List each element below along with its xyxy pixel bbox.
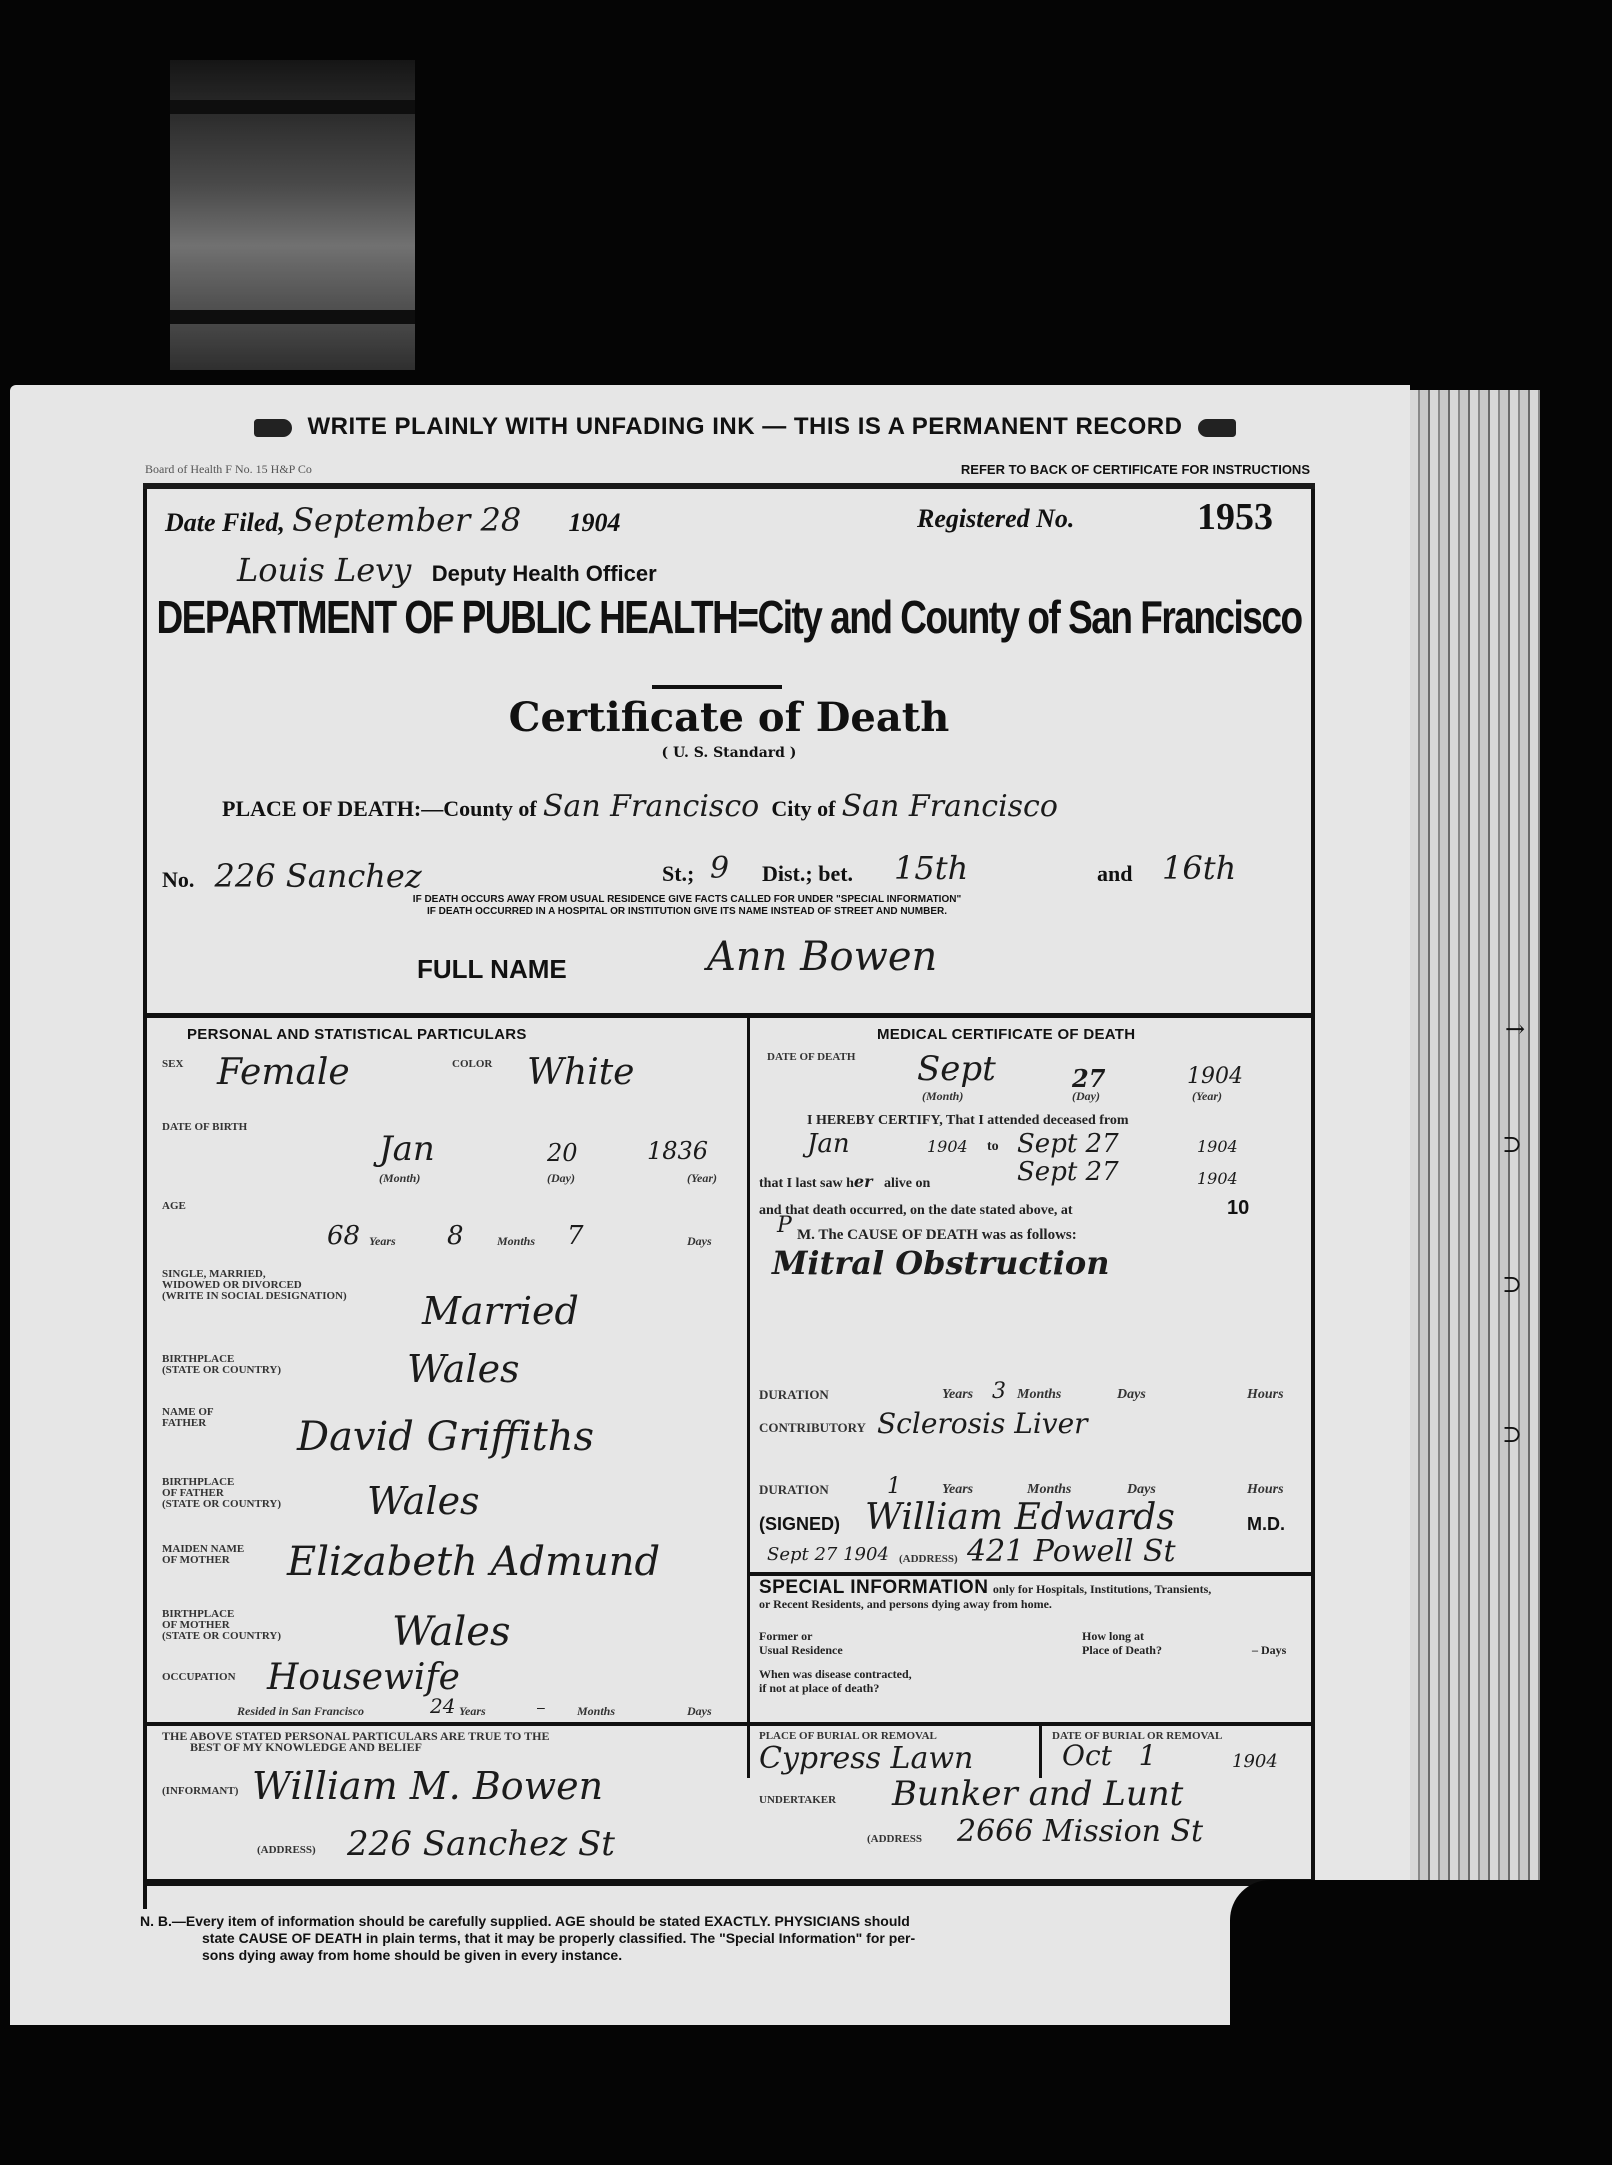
- and-label: and: [1097, 861, 1132, 887]
- scan-background: [0, 2025, 1612, 2165]
- dod-month: Sept: [917, 1049, 996, 1089]
- full-name-value: Ann Bowen: [707, 934, 937, 980]
- duration-months-caption: Months: [1017, 1387, 1061, 1403]
- marital-label: SINGLE, MARRIED, WIDOWED OR DIVORCED (Wr…: [162, 1269, 347, 1302]
- undertaker-name: Bunker and Lunt: [892, 1774, 1183, 1814]
- md-label: M.D.: [1247, 1514, 1285, 1535]
- ward-value: 9: [710, 851, 729, 886]
- year-caption: (Year): [687, 1171, 717, 1186]
- film-frame-photo: [170, 60, 415, 370]
- age-months: 8: [447, 1221, 464, 1251]
- informant-statement-line: BEST OF MY KNOWLEDGE AND BELIEF: [162, 1742, 549, 1753]
- to-label: to: [987, 1139, 999, 1155]
- dod-year-caption: (Year): [1192, 1089, 1222, 1104]
- special-heading-note-2: or Recent Residents, and persons dying a…: [759, 1597, 1319, 1612]
- birthplace-label: BIRTHPLACE (State or Country): [162, 1354, 281, 1376]
- signed-date: Sept 27 1904: [767, 1544, 889, 1565]
- section-rule: [147, 1013, 1311, 1018]
- footnote-line: N. B.—Every item of information should b…: [140, 1913, 1240, 1930]
- footnote-line: state CAUSE OF DEATH in plain terms, tha…: [140, 1930, 1240, 1947]
- personal-heading: PERSONAL AND STATISTICAL PARTICULARS: [187, 1026, 527, 1043]
- film-bar: [170, 310, 415, 324]
- former-residence-label-line: Former or: [759, 1629, 843, 1643]
- undertaker-address-label: (Address: [867, 1834, 922, 1845]
- duration-days-caption: Days: [1117, 1387, 1146, 1403]
- father-value: David Griffiths: [297, 1414, 594, 1460]
- marital-label-line: (Write in social designation): [162, 1291, 347, 1302]
- signed-label: (SIGNED): [759, 1514, 840, 1535]
- informant-address: 226 Sanchez St: [347, 1824, 615, 1864]
- age-label: AGE: [162, 1201, 186, 1212]
- dist-label: Dist.; bet.: [762, 861, 853, 887]
- last-saw-year: 1904: [1197, 1169, 1238, 1188]
- residence-note-line2: IF DEATH OCCURRED IN A HOSPITAL OR INSTI…: [247, 906, 1127, 918]
- how-long-label: How long at Place of Death?: [1082, 1629, 1162, 1657]
- birthplace-value: Wales: [407, 1347, 520, 1391]
- physician-address-label: (Address): [899, 1554, 958, 1565]
- special-heading: SPECIAL INFORMATION: [759, 1577, 988, 1598]
- former-residence-label-line: Usual Residence: [759, 1643, 843, 1657]
- film-bar: [170, 100, 415, 114]
- occupation-value: Housewife: [267, 1657, 460, 1698]
- date-filed-value: September 28: [292, 501, 521, 539]
- marital-value: Married: [422, 1289, 579, 1333]
- last-saw-pronoun: er: [854, 1172, 873, 1191]
- residence-note-line1: IF DEATH OCCURS AWAY FROM USUAL RESIDENC…: [247, 894, 1127, 906]
- between-street-2: 16th: [1162, 849, 1236, 887]
- informant-name: William M. Bowen: [252, 1764, 603, 1808]
- resided-days-caption: Days: [687, 1704, 712, 1719]
- form-subheader: Board of Health F No. 15 H&P Co REFER TO…: [145, 462, 1310, 477]
- resided-years: 24: [430, 1694, 455, 1718]
- certify-text: I HEREBY CERTIFY, That I attended deceas…: [807, 1113, 1129, 1129]
- sex-label: SEX: [162, 1059, 183, 1070]
- st-label: St.;: [662, 861, 694, 887]
- dob-year: 1836: [647, 1137, 708, 1165]
- former-residence-label: Former or Usual Residence: [759, 1629, 843, 1657]
- special-rule: [750, 1572, 1311, 1576]
- undertaker-address: 2666 Mission St: [957, 1814, 1203, 1849]
- footnote-line: sons dying away from home should be give…: [140, 1947, 1240, 1964]
- medical-heading: MEDICAL CERTIFICATE OF DEATH: [877, 1026, 1135, 1043]
- city-label: City of: [771, 796, 835, 821]
- dod-day-caption: (Day): [1072, 1089, 1100, 1104]
- burial-place: Cypress Lawn: [759, 1741, 973, 1776]
- edge-mark: →: [1505, 1015, 1525, 1043]
- certificate-frame: Date Filed, September 28 1904 Registered…: [143, 489, 1315, 1909]
- registered-number: 1953: [1197, 495, 1273, 539]
- county-value: San Francisco: [543, 789, 759, 824]
- years-caption: Years: [369, 1234, 396, 1249]
- father-label-line: FATHER: [162, 1418, 214, 1429]
- date-filed-row: Date Filed, September 28 1904: [165, 501, 620, 539]
- adjacent-pages-edge: → ⊃ ⊃ ⊃: [1410, 390, 1540, 1990]
- how-long-label-line: How long at: [1082, 1629, 1162, 1643]
- physician-signature: William Edwards: [865, 1497, 1175, 1538]
- edge-mark: ⊃: [1502, 1130, 1522, 1158]
- form-id: Board of Health F No. 15 H&P Co: [145, 462, 312, 477]
- attended-from-month: Jan: [807, 1129, 850, 1159]
- mother-label: MAIDEN NAME OF MOTHER: [162, 1544, 244, 1566]
- special-heading-block: SPECIAL INFORMATION only for Hospitals, …: [759, 1577, 1319, 1612]
- informant-rule: [147, 1722, 747, 1726]
- attended-from-year: 1904: [927, 1137, 968, 1156]
- residence-note: IF DEATH OCCURS AWAY FROM USUAL RESIDENC…: [247, 894, 1127, 918]
- registered-label: Registered No.: [917, 504, 1074, 533]
- last-saw-row: that I last saw her alive on: [759, 1172, 930, 1192]
- duration-2-hours-caption: Hours: [1247, 1482, 1284, 1498]
- dob-month: Jan: [379, 1129, 435, 1169]
- bottom-rule: [143, 1879, 1315, 1886]
- edge-mark: ⊃: [1502, 1270, 1522, 1298]
- banner-text: WRITE PLAINLY WITH UNFADING INK — THIS I…: [308, 413, 1183, 440]
- cause-text: M. The CAUSE OF DEATH was as follows:: [797, 1227, 1077, 1244]
- full-name-label: FULL NAME: [417, 954, 567, 985]
- date-filed-year: 1904: [568, 508, 620, 537]
- pointing-hand-icon: [254, 419, 292, 437]
- officer-row: Louis Levy Deputy Health Officer: [237, 551, 657, 589]
- undertaker-label: UNDERTAKER: [759, 1795, 836, 1806]
- street-address: 226 Sanchez: [215, 857, 422, 895]
- contracted-label-line: if not at place of death?: [759, 1681, 912, 1695]
- alive-on-label: alive on: [884, 1176, 930, 1191]
- duration-years-caption: Years: [942, 1387, 973, 1403]
- officer-signature: Louis Levy: [237, 551, 411, 589]
- burial-date: Oct 1: [1062, 1739, 1156, 1772]
- informant-statement: THE ABOVE STATED PERSONAL PARTICULARS AR…: [162, 1731, 549, 1753]
- death-occurred-text: and that death occurred, on the date sta…: [759, 1203, 1073, 1219]
- mother-bp-label-line: (State or Country): [162, 1631, 281, 1642]
- month-caption: (Month): [379, 1171, 420, 1186]
- no-label: No.: [162, 867, 194, 892]
- resided-years-caption: Years: [459, 1704, 486, 1719]
- duration-2-days-caption: Days: [1127, 1482, 1156, 1498]
- between-street-1: 15th: [894, 849, 968, 887]
- dod-year: 1904: [1187, 1064, 1243, 1089]
- death-meridiem: P: [777, 1213, 792, 1238]
- duration-label: DURATION: [759, 1389, 829, 1400]
- physician-address: 421 Powell St: [967, 1534, 1176, 1569]
- mother-birthplace-value: Wales: [392, 1609, 510, 1655]
- color-label: COLOR: [452, 1059, 492, 1070]
- last-saw-label: that I last saw h: [759, 1176, 854, 1191]
- refer-note: REFER TO BACK OF CERTIFICATE FOR INSTRUC…: [961, 462, 1310, 477]
- sex-value: Female: [217, 1052, 350, 1093]
- certificate-title: Certificate of Death: [147, 694, 1311, 741]
- department-title: DEPARTMENT OF PUBLIC HEALTH=City and Cou…: [147, 592, 1311, 645]
- duration-2-years-caption: Years: [942, 1482, 973, 1498]
- contributory-label: CONTRIBUTORY: [759, 1422, 866, 1433]
- informant-address-label: (Address): [257, 1845, 316, 1856]
- burial-year: 1904: [1232, 1751, 1278, 1772]
- duration-2-label: DURATION: [759, 1484, 829, 1495]
- father-birthplace-label: BIRTHPLACE OF FATHER (State or Country): [162, 1477, 281, 1510]
- dob-day: 20: [547, 1139, 578, 1167]
- certificate-subtitle: ( U. S. Standard ): [147, 745, 1311, 761]
- mother-label-line: OF MOTHER: [162, 1555, 244, 1566]
- death-hour: 10: [1227, 1197, 1249, 1220]
- age-years: 68: [327, 1221, 360, 1251]
- father-bp-label-line: (State or Country): [162, 1499, 281, 1510]
- contracted-label-line: When was disease contracted,: [759, 1667, 912, 1681]
- father-label: NAME OF FATHER: [162, 1407, 214, 1429]
- contracted-label: When was disease contracted, if not at p…: [759, 1667, 912, 1695]
- attended-to: Sept 27: [1017, 1129, 1119, 1159]
- dob-label: DATE OF BIRTH: [162, 1122, 247, 1133]
- pointing-hand-icon: [1198, 419, 1236, 437]
- place-of-death-label: PLACE OF DEATH:—County of: [222, 796, 537, 821]
- column-divider: [747, 1018, 750, 1778]
- how-long-days: Days: [1261, 1643, 1286, 1657]
- attended-to-year: 1904: [1197, 1137, 1238, 1156]
- duration-2-months-caption: Months: [1027, 1482, 1071, 1498]
- months-caption: Months: [497, 1234, 535, 1249]
- duration-1-months: 3: [992, 1379, 1006, 1404]
- header-banner: WRITE PLAINLY WITH UNFADING INK — THIS I…: [200, 413, 1290, 441]
- resided-label: Resided in San Francisco: [237, 1704, 364, 1719]
- edge-mark: ⊃: [1502, 1420, 1522, 1448]
- birthplace-label-line: (State or Country): [162, 1365, 281, 1376]
- address-row: No. 226 Sanchez St.; 9 Dist.; bet. 15th …: [162, 857, 1302, 895]
- days-caption: Days: [687, 1234, 712, 1249]
- mother-birthplace-label: BIRTHPLACE OF MOTHER (State or Country): [162, 1609, 281, 1642]
- title-rule: [652, 685, 782, 689]
- how-long-value: – Days: [1252, 1643, 1286, 1658]
- footnote: N. B.—Every item of information should b…: [140, 1913, 1240, 1964]
- duration-hours-caption: Hours: [1247, 1387, 1284, 1403]
- last-saw-date: Sept 27: [1017, 1157, 1119, 1187]
- date-filed-label: Date Filed,: [165, 508, 285, 537]
- burial-rule: [750, 1722, 1311, 1726]
- city-value: San Francisco: [842, 789, 1058, 824]
- age-days: 7: [567, 1221, 584, 1251]
- officer-title: Deputy Health Officer: [432, 561, 657, 586]
- mother-value: Elizabeth Admund: [287, 1539, 660, 1585]
- color-value: White: [527, 1052, 634, 1093]
- resided-months: –: [537, 1699, 545, 1715]
- special-heading-note: only for Hospitals, Institutions, Transi…: [993, 1582, 1211, 1596]
- informant-label: (Informant): [162, 1786, 238, 1797]
- cause-of-death: Mitral Obstruction: [772, 1244, 1109, 1282]
- occupation-label: OCCUPATION: [162, 1672, 236, 1683]
- how-long-dash: –: [1252, 1643, 1258, 1657]
- day-caption: (Day): [547, 1171, 575, 1186]
- resided-months-caption: Months: [577, 1704, 615, 1719]
- duration-2-years: 1: [887, 1474, 901, 1499]
- contributory-value: Sclerosis Liver: [877, 1407, 1088, 1440]
- father-birthplace-value: Wales: [367, 1479, 480, 1523]
- registered-no: Registered No.: [917, 503, 1074, 534]
- dod-label: DATE OF DEATH: [767, 1052, 855, 1063]
- place-of-death-row: PLACE OF DEATH:—County of San Francisco …: [222, 789, 1058, 824]
- burial-divider: [1039, 1726, 1042, 1778]
- how-long-label-line: Place of Death?: [1082, 1643, 1162, 1657]
- dod-month-caption: (Month): [922, 1089, 963, 1104]
